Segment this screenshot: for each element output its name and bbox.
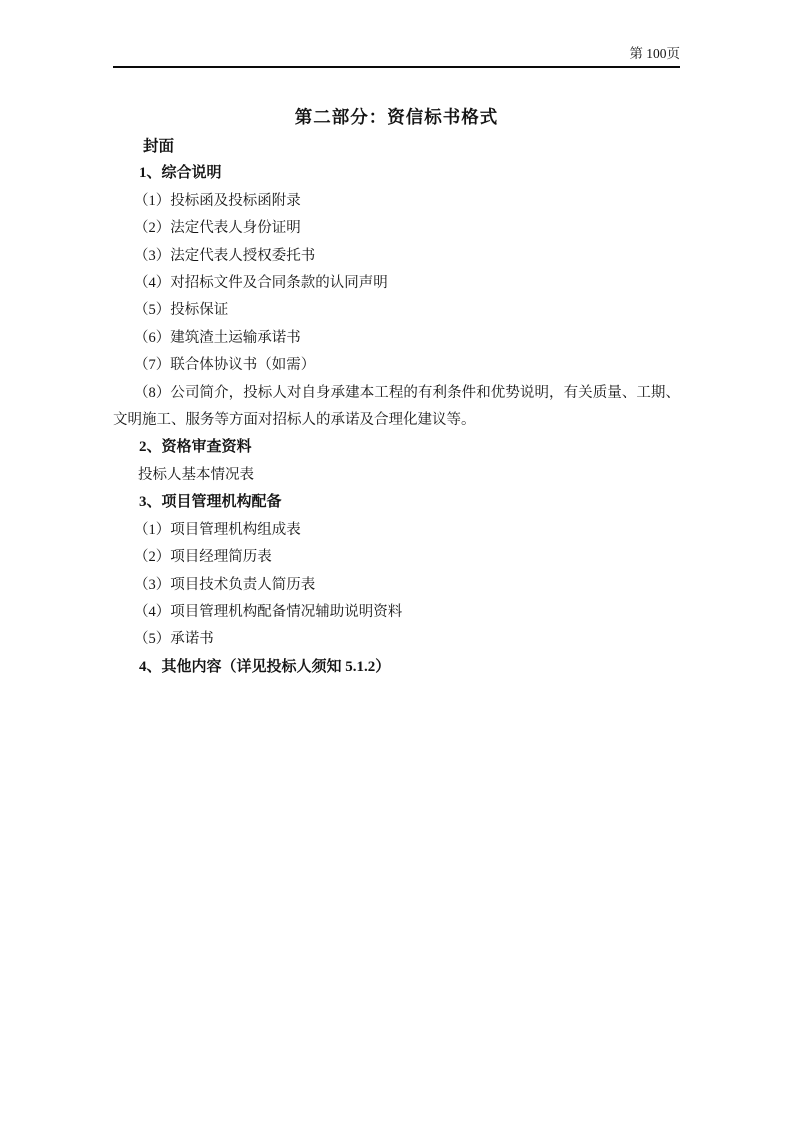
list-item-1-5: （5）投标保证 xyxy=(113,297,680,324)
plain-line-qualification: 投标人基本情况表 xyxy=(113,462,680,489)
list-item-1-1: （1）投标函及投标函附录 xyxy=(113,188,680,215)
cover-heading: 封面 xyxy=(113,133,680,160)
list-item-3-3: （3）项目技术负责人简历表 xyxy=(113,572,680,599)
list-item-1-6: （6）建筑渣土运输承诺书 xyxy=(113,325,680,352)
document-body: 第二部分：资信标书格式 封面 1、综合说明 （1）投标函及投标函附录 （2）法定… xyxy=(113,68,680,681)
list-item-3-2: （2）项目经理简历表 xyxy=(113,544,680,571)
section-heading-2: 2、资格审查资料 xyxy=(113,434,680,461)
page-number-label: 第 100页 xyxy=(629,46,680,61)
list-item-1-3: （3）法定代表人授权委托书 xyxy=(113,243,680,270)
section-heading-4: 4、其他内容（详见投标人须知 5.1.2） xyxy=(113,654,680,681)
list-item-3-4: （4）项目管理机构配备情况辅助说明资料 xyxy=(113,599,680,626)
list-item-1-2: （2）法定代表人身份证明 xyxy=(113,215,680,242)
section-heading-3: 3、项目管理机构配备 xyxy=(113,489,680,516)
list-item-1-7: （7）联合体协议书（如需） xyxy=(113,352,680,379)
list-item-1-8-paragraph: （8）公司简介，投标人对自身承建本工程的有利条件和优势说明，有关质量、工期、文明… xyxy=(113,380,680,435)
document-title: 第二部分：资信标书格式 xyxy=(113,68,680,130)
document-page: 第 100页 第二部分：资信标书格式 封面 1、综合说明 （1）投标函及投标函附… xyxy=(0,0,793,1122)
list-item-3-1: （1）项目管理机构组成表 xyxy=(113,517,680,544)
section-heading-1: 1、综合说明 xyxy=(113,160,680,187)
list-item-1-4: （4）对招标文件及合同条款的认同声明 xyxy=(113,270,680,297)
page-header: 第 100页 xyxy=(113,0,680,68)
list-item-3-5: （5）承诺书 xyxy=(113,626,680,653)
